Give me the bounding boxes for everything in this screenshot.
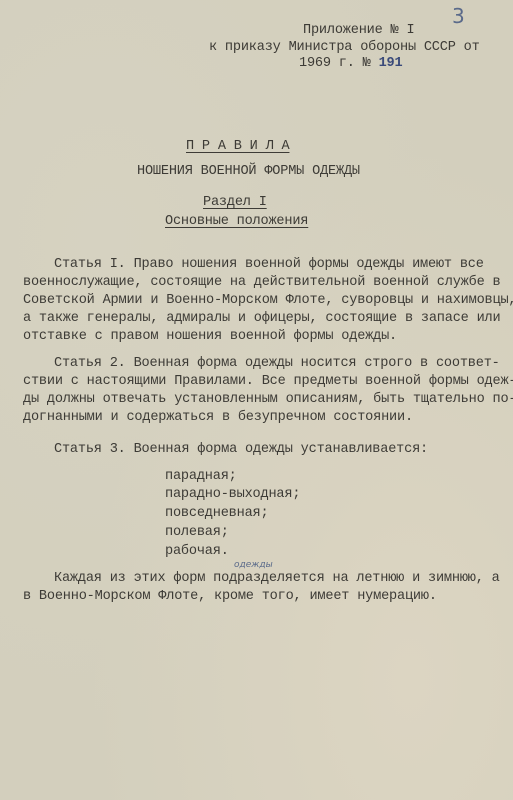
order-number: 191 <box>379 56 403 71</box>
article-1-line: Статья I. Право ношения военной формы од… <box>54 256 484 274</box>
uniform-type-item: парадная; <box>165 468 237 486</box>
article-2-line: ды должны отвечать установленным описани… <box>23 391 513 409</box>
uniform-type-item: полевая; <box>165 524 229 542</box>
order-year: 1969 г. № <box>299 56 371 71</box>
uniform-type-item: парадно-выходная; <box>165 486 300 504</box>
article-3-line: Статья 3. Военная форма одежды устанавли… <box>54 441 428 459</box>
article-2-line: догнанными и содержаться в безупречном с… <box>23 409 413 427</box>
handwritten-page-number: 3 <box>452 4 465 28</box>
closing-line-end: подразделяется на летнюю и зимнюю, а <box>205 571 499 586</box>
section-number: Раздел I <box>203 194 267 212</box>
article-1-line: отставке с правом ношения военной формы … <box>23 328 397 346</box>
order-date: 1969 г. № 191 <box>299 55 402 73</box>
article-2-line: Статья 2. Военная форма одежды носится с… <box>54 355 500 373</box>
article-1-line: Советской Армии и Военно-Морском Флоте, … <box>23 292 513 310</box>
document-subtitle: НОШЕНИЯ ВОЕННОЙ ФОРМЫ ОДЕЖДЫ <box>137 163 360 181</box>
uniform-type-item: рабочая. <box>165 543 229 561</box>
document-title: П Р А В И Л А <box>186 138 289 156</box>
closing-line: Каждая из этих форм подразделяется на ле… <box>54 570 500 588</box>
closing-line-start: Каждая из этих форм <box>54 571 205 586</box>
handwritten-insert: одежды <box>234 560 273 570</box>
article-2-line: ствии с настоящими Правилами. Все предме… <box>23 373 513 391</box>
closing-line: в Военно-Морском Флоте, кроме того, имее… <box>23 588 437 606</box>
section-title: Основные положения <box>165 213 308 231</box>
appendix-label: Приложение № I <box>303 22 414 40</box>
article-1-line: военнослужащие, состоящие на действитель… <box>23 274 500 292</box>
document-page: 3 Приложение № I к приказу Министра обор… <box>0 0 513 800</box>
uniform-type-item: повседневная; <box>165 505 268 523</box>
article-1-line: а также генералы, адмиралы и офицеры, со… <box>23 310 500 328</box>
